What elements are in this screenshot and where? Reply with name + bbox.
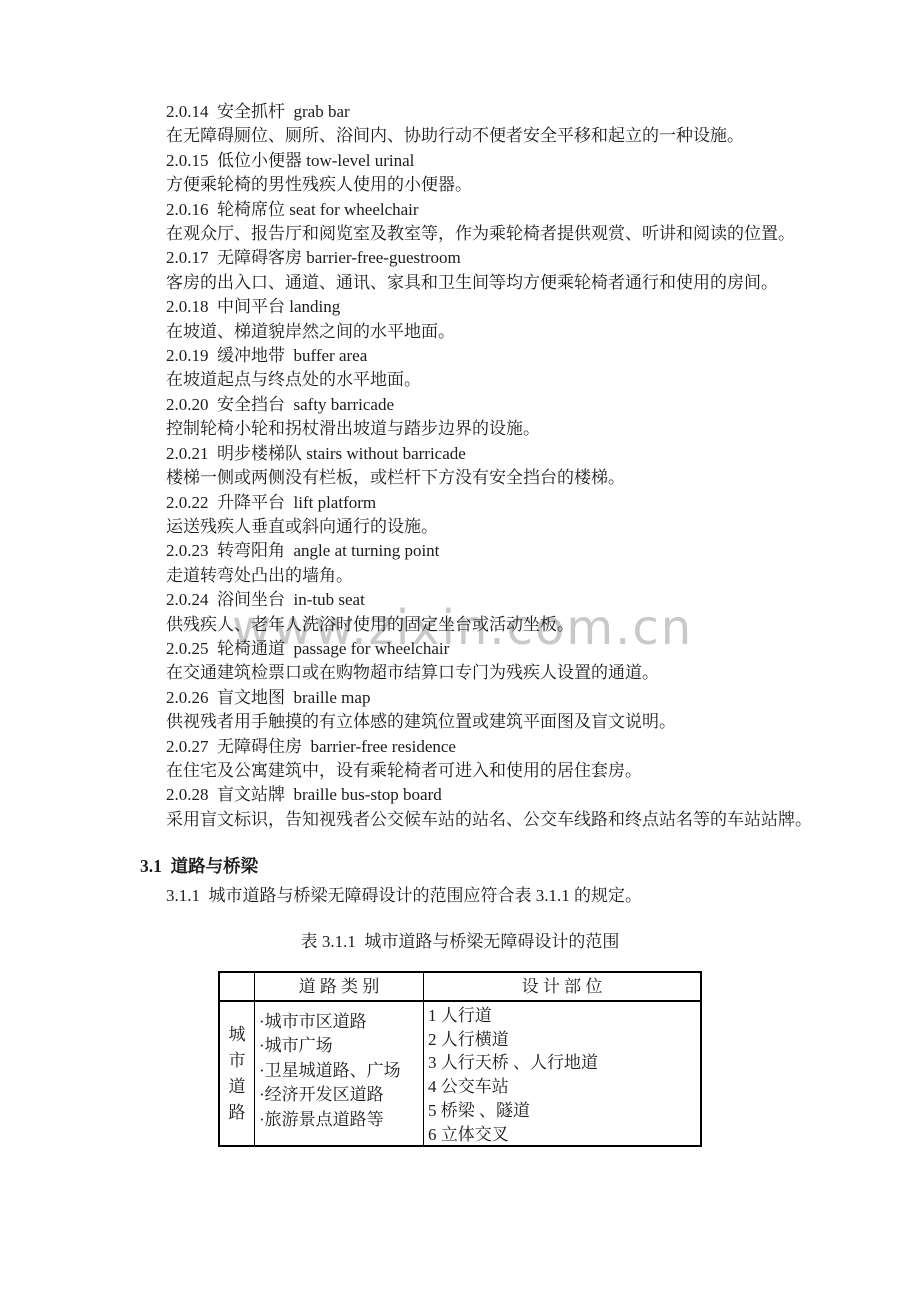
table-cell-design-parts: 1 人行道 2 人行横道 3 人行天桥 、人行地道 4 公交车站 5 桥梁 、隧… — [424, 1002, 700, 1145]
definition-term: 2.0.18 中间平台 landing — [166, 295, 886, 319]
terminology-definitions: 2.0.14 安全抓杆 grab bar 在无障碍厕位、厕所、浴间内、协助行动不… — [166, 100, 886, 832]
table-body-row: 城市道路 ·城市市区道路 ·城市广场 ·卫星城道路、广场 ·经济开发区道路 ·旅… — [220, 1002, 700, 1145]
road-type-item: ·旅游景点道路等 — [259, 1108, 423, 1132]
section-heading: 3.1 道路与桥梁 — [140, 853, 258, 878]
design-part-item: 4 公交车站 — [428, 1075, 700, 1099]
design-part-item: 2 人行横道 — [428, 1028, 700, 1052]
design-part-item: 6 立体交叉 — [428, 1123, 700, 1147]
definition-term: 2.0.16 轮椅席位 seat for wheelchair — [166, 198, 886, 222]
definition-term: 2.0.27 无障碍住房 barrier-free residence — [166, 735, 886, 759]
definition-desc: 在住宅及公寓建筑中，设有乘轮椅者可进入和使用的居住套房。 — [166, 759, 886, 783]
table-header-road-type: 道 路 类 别 — [255, 973, 424, 1000]
definition-term: 2.0.17 无障碍客房 barrier-free-guestroom — [166, 246, 886, 270]
definition-desc: 在坡道、梯道貌岸然之间的水平地面。 — [166, 320, 886, 344]
scope-table: 道 路 类 别 设 计 部 位 城市道路 ·城市市区道路 ·城市广场 ·卫星城道… — [218, 971, 702, 1147]
definition-desc: 客房的出入口、通道、通讯、家具和卫生间等均方便乘轮椅者通行和使用的房间。 — [166, 271, 886, 295]
definition-desc: 走道转弯处凸出的墙角。 — [166, 564, 886, 588]
document-page: www.zixin.com.cn 2.0.14 安全抓杆 grab bar 在无… — [0, 0, 920, 1302]
definition-desc: 在观众厅、报告厅和阅览室及教室等，作为乘轮椅者提供观赏、听讲和阅读的位置。 — [166, 222, 886, 246]
definition-desc: 方便乘轮椅的男性残疾人使用的小便器。 — [166, 173, 886, 197]
road-type-item: ·城市广场 — [259, 1034, 423, 1058]
definition-desc: 在无障碍厕位、厕所、浴间内、协助行动不便者安全平移和起立的一种设施。 — [166, 124, 886, 148]
road-type-item: ·经济开发区道路 — [259, 1083, 423, 1107]
design-part-item: 1 人行道 — [428, 1004, 700, 1028]
definition-term: 2.0.24 浴间坐台 in-tub seat — [166, 588, 886, 612]
design-part-item: 3 人行天桥 、人行地道 — [428, 1051, 700, 1075]
definition-desc: 供残疾人、老年人洗浴时使用的固定坐台或活动坐板。 — [166, 613, 886, 637]
table-header-design-part: 设 计 部 位 — [424, 973, 700, 1000]
definition-term: 2.0.20 安全挡台 safty barricade — [166, 393, 886, 417]
definition-desc: 楼梯一侧或两侧没有栏板，或栏杆下方没有安全挡台的楼梯。 — [166, 466, 886, 490]
table-cell-row-label: 城市道路 — [220, 1002, 255, 1145]
vertical-row-label: 城市道路 — [228, 1022, 246, 1126]
definition-desc: 在交通建筑检票口或在购物超市结算口专门为残疾人设置的通道。 — [166, 661, 886, 685]
definition-term: 2.0.25 轮椅通道 passage for wheelchair — [166, 637, 886, 661]
definition-desc: 供视残者用手触摸的有立体感的建筑位置或建筑平面图及盲文说明。 — [166, 710, 886, 734]
definition-term: 2.0.21 明步楼梯队 stairs without barricade — [166, 442, 886, 466]
road-type-item: ·城市市区道路 — [259, 1010, 423, 1034]
section-clause: 3.1.1 城市道路与桥梁无障碍设计的范围应符合表 3.1.1 的规定。 — [166, 881, 642, 906]
definition-desc: 运送残疾人垂直或斜向通行的设施。 — [166, 515, 886, 539]
table-cell-road-types: ·城市市区道路 ·城市广场 ·卫星城道路、广场 ·经济开发区道路 ·旅游景点道路… — [255, 1002, 424, 1145]
design-part-item: 5 桥梁 、隧道 — [428, 1099, 700, 1123]
definition-term: 2.0.23 转弯阳角 angle at turning point — [166, 539, 886, 563]
definition-term: 2.0.19 缓冲地带 buffer area — [166, 344, 886, 368]
definition-term: 2.0.28 盲文站牌 braille bus-stop board — [166, 783, 886, 807]
definition-desc: 控制轮椅小轮和拐杖滑出坡道与踏步边界的设施。 — [166, 417, 886, 441]
table-header-empty — [220, 973, 255, 1000]
road-type-item: ·卫星城道路、广场 — [259, 1059, 423, 1083]
definition-term: 2.0.26 盲文地图 braille map — [166, 686, 886, 710]
table-header-row: 道 路 类 别 设 计 部 位 — [220, 973, 700, 1002]
table-title: 表 3.1.1 城市道路与桥梁无障碍设计的范围 — [218, 927, 702, 952]
definition-term: 2.0.15 低位小便器 tow-level urinal — [166, 149, 886, 173]
definition-desc: 采用盲文标识，告知视残者公交候车站的站名、公交车线路和终点站名等的车站站牌。 — [166, 808, 886, 832]
definition-term: 2.0.22 升降平台 lift platform — [166, 491, 886, 515]
definition-term: 2.0.14 安全抓杆 grab bar — [166, 100, 886, 124]
definition-desc: 在坡道起点与终点处的水平地面。 — [166, 368, 886, 392]
